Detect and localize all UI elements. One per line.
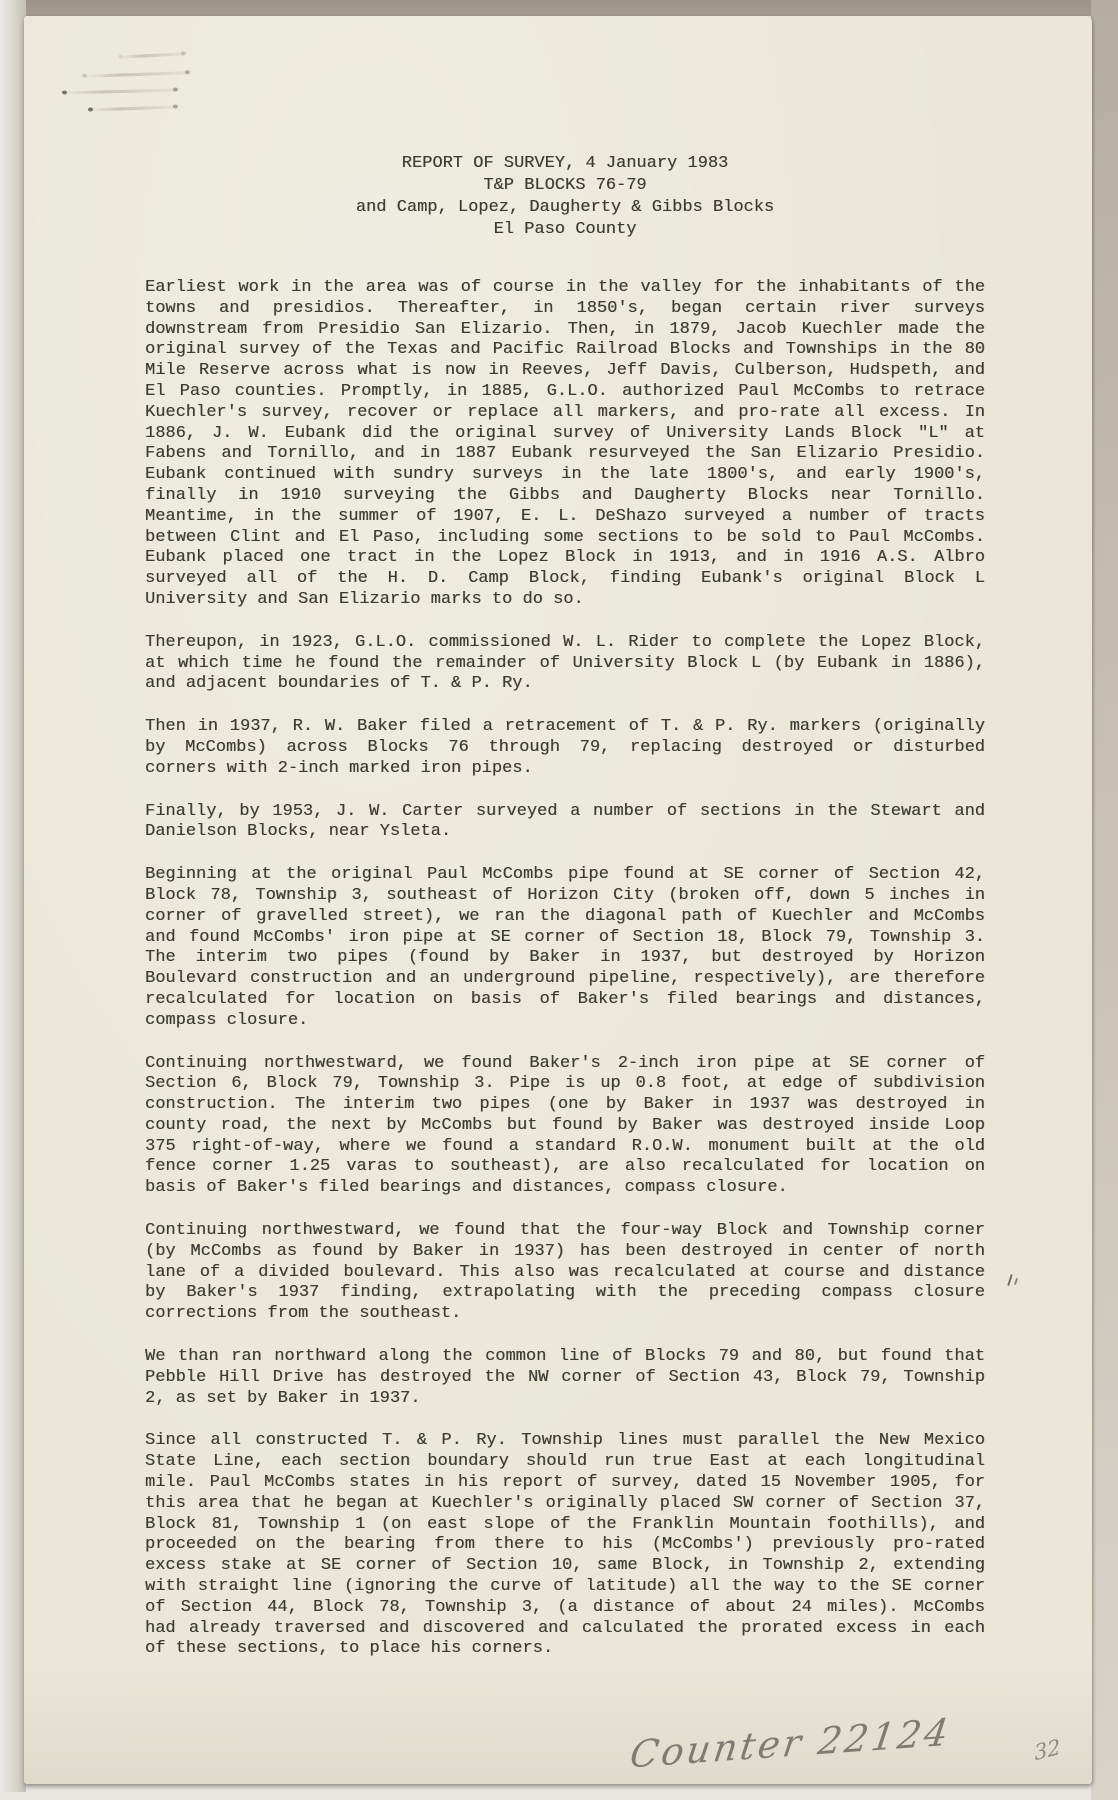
text-line: recalculated for location on basis of Ba… <box>145 990 985 1011</box>
text-line: at which time he found the remainder of … <box>145 654 985 675</box>
text-line: basis of Baker's filed bearings and dist… <box>145 1178 985 1199</box>
paragraph: Then in 1937, R. W. Baker filed a retrac… <box>145 717 985 779</box>
paper-page: REPORT OF SURVEY, 4 January 1983 T&P BLO… <box>24 16 1092 1784</box>
scan-backing-left <box>0 0 26 1792</box>
text-line: The interim two pipes (found by Baker in… <box>145 948 985 969</box>
text-line: of these sections, to place his corners. <box>145 1639 985 1660</box>
text-line: Danielson Blocks, near Ysleta. <box>145 822 985 843</box>
document-title: REPORT OF SURVEY, 4 January 1983 T&P BLO… <box>145 153 985 241</box>
text-line: proceeded on the bearing from there to h… <box>145 1535 985 1556</box>
pencil-smudge-stroke <box>90 106 176 112</box>
text-line: had already traversed and discovered and… <box>145 1619 985 1640</box>
handwritten-page-number: 32 <box>1033 1735 1061 1766</box>
paragraph: We than ran northward along the common l… <box>145 1347 985 1409</box>
text-line: construction. The interim two pipes (one… <box>145 1095 985 1116</box>
handwritten-counter: Counter 22124 <box>627 1711 954 1777</box>
text-line: Fabens and Tornillo, and in 1887 Eubank … <box>145 444 985 465</box>
text-line: Earliest work in the area was of course … <box>145 278 985 299</box>
pencil-tick-mark <box>1006 1272 1020 1290</box>
title-line-1: REPORT OF SURVEY, 4 January 1983 <box>145 153 985 175</box>
text-line: original survey of the Texas and Pacific… <box>145 340 985 361</box>
text-line: El Paso counties. Promptly, in 1885, G.L… <box>145 382 985 403</box>
text-line: with straight line (ignoring the curve o… <box>145 1577 985 1598</box>
pencil-smudge-stroke <box>64 89 176 95</box>
text-line: this area that he began at Kuechler's or… <box>145 1494 985 1515</box>
text-line: Meantime, in the summer of 1907, E. L. D… <box>145 507 985 528</box>
text-line: and adjacent boundaries of T. & P. Ry. <box>145 674 985 695</box>
text-line: downstream from Presidio San Elizario. T… <box>145 320 985 341</box>
paragraph: Earliest work in the area was of course … <box>145 278 985 611</box>
text-line: University and San Elizario marks to do … <box>145 590 985 611</box>
text-line: Since all constructed T. & P. Ry. Townsh… <box>145 1431 985 1452</box>
text-line: by Baker's 1937 finding, extrapolating w… <box>145 1283 985 1304</box>
text-line: Eubank continued with sundry surveys in … <box>145 465 985 486</box>
paragraph: Thereupon, in 1923, G.L.O. commissioned … <box>145 633 985 695</box>
text-line: towns and presidios. Thereafter, in 1850… <box>145 299 985 320</box>
text-line: mile. Paul McCombs states in his report … <box>145 1473 985 1494</box>
text-line: corner of gravelled street), we ran the … <box>145 907 985 928</box>
paragraph: Continuing northwestward, we found Baker… <box>145 1054 985 1200</box>
text-line: and found McCombs' iron pipe at SE corne… <box>145 928 985 949</box>
text-line: Kuechler's survey, recover or replace al… <box>145 403 985 424</box>
title-line-4: El Paso County <box>145 219 985 241</box>
paragraph: Continuing northwestward, we found that … <box>145 1221 985 1325</box>
scanned-document: REPORT OF SURVEY, 4 January 1983 T&P BLO… <box>0 0 1118 1800</box>
text-line: finally in 1910 surveying the Gibbs and … <box>145 486 985 507</box>
text-line: Section 6, Block 79, Township 3. Pipe is… <box>145 1074 985 1095</box>
text-line: between Clint and El Paso, including som… <box>145 528 985 549</box>
text-line: Mile Reserve across what is now in Reeve… <box>145 361 985 382</box>
text-line: Finally, by 1953, J. W. Carter surveyed … <box>145 802 985 823</box>
text-line: (by McCombs as found by Baker in 1937) h… <box>145 1242 985 1263</box>
text-line: by McCombs) across Blocks 76 through 79,… <box>145 738 985 759</box>
document-body: Earliest work in the area was of course … <box>145 278 985 1682</box>
text-line: Block 78, Township 3, southeast of Horiz… <box>145 886 985 907</box>
paragraph: Beginning at the original Paul McCombs p… <box>145 865 985 1031</box>
paragraph: Since all constructed T. & P. Ry. Townsh… <box>145 1431 985 1660</box>
text-line: Eubank placed one tract in the Lopez Blo… <box>145 548 985 569</box>
pencil-smudge-stroke <box>120 52 184 58</box>
text-line: fence corner 1.25 varas to southeast), a… <box>145 1157 985 1178</box>
text-line: compass closure. <box>145 1011 985 1032</box>
text-line: corners with 2-inch marked iron pipes. <box>145 759 985 780</box>
scan-backing-right <box>1091 0 1118 1800</box>
pencil-smudge-stroke <box>84 71 188 78</box>
text-line: lane of a divided boulevard. This also w… <box>145 1263 985 1284</box>
scan-backing-top <box>0 0 1118 16</box>
text-line: surveyed all of the H. D. Camp Block, fi… <box>145 569 985 590</box>
text-line: Thereupon, in 1923, G.L.O. commissioned … <box>145 633 985 654</box>
text-line: 2, as set by Baker in 1937. <box>145 1389 985 1410</box>
text-line: excess stake at SE corner of Section 10,… <box>145 1556 985 1577</box>
text-line: Block 81, Township 1 (on east slope of t… <box>145 1515 985 1536</box>
text-line: Pebble Hill Drive has destroyed the NW c… <box>145 1368 985 1389</box>
text-line: 375 right-of-way, where we found a stand… <box>145 1137 985 1158</box>
paragraph: Finally, by 1953, J. W. Carter surveyed … <box>145 802 985 844</box>
text-line: Beginning at the original Paul McCombs p… <box>145 865 985 886</box>
text-line: We than ran northward along the common l… <box>145 1347 985 1368</box>
text-line: of Section 44, Block 78, Township 3, (a … <box>145 1598 985 1619</box>
text-line: Continuing northwestward, we found that … <box>145 1221 985 1242</box>
text-line: corrections from the southeast. <box>145 1304 985 1325</box>
text-line: Continuing northwestward, we found Baker… <box>145 1054 985 1075</box>
text-line: 1886, J. W. Eubank did the original surv… <box>145 424 985 445</box>
title-line-3: and Camp, Lopez, Daugherty & Gibbs Block… <box>145 197 985 219</box>
text-line: Boulevard construction and an undergroun… <box>145 969 985 990</box>
text-line: county road, the next by McCombs but fou… <box>145 1116 985 1137</box>
text-line: State Line, each section boundary should… <box>145 1452 985 1473</box>
title-line-2: T&P BLOCKS 76-79 <box>145 175 985 197</box>
text-line: Then in 1937, R. W. Baker filed a retrac… <box>145 717 985 738</box>
